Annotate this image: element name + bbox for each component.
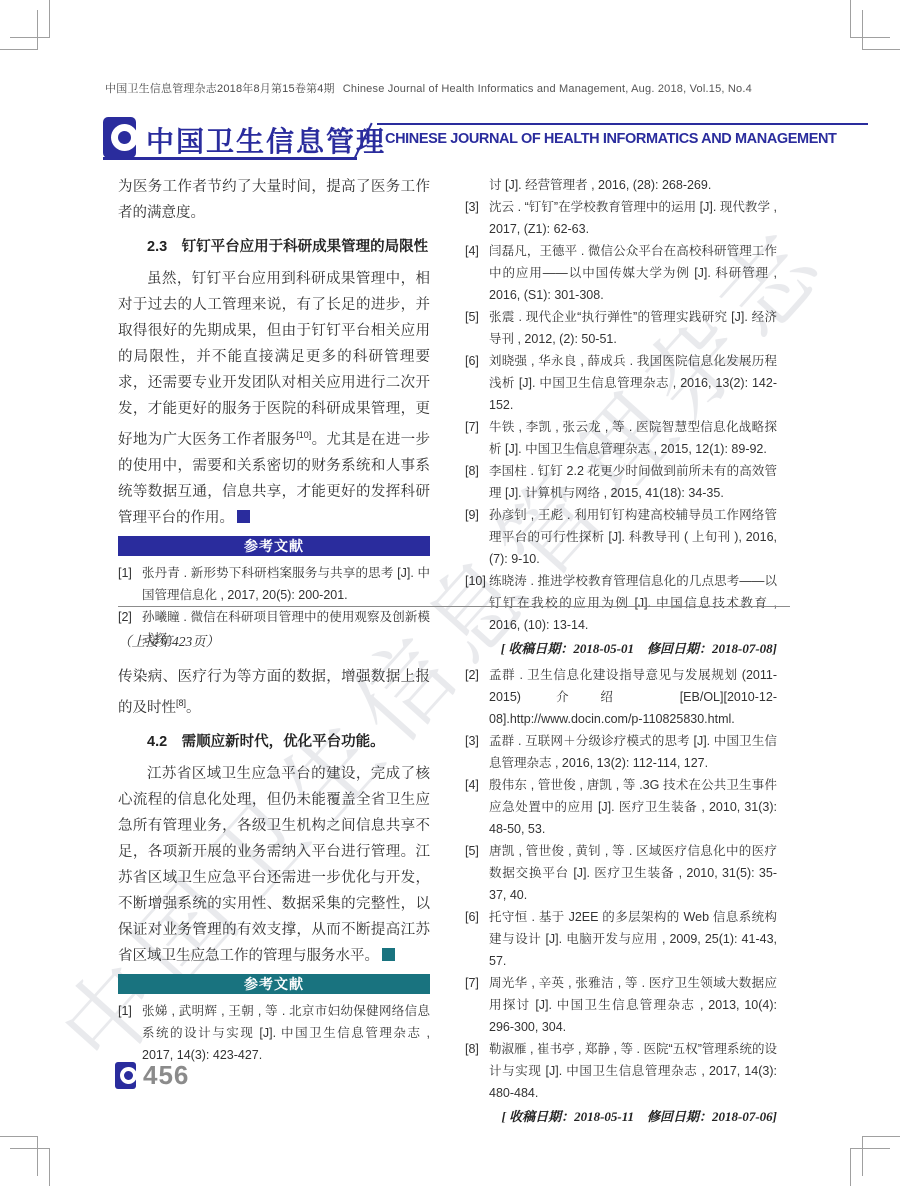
ref-text: 孟群 . 卫生信息化建设指导意见与发展规划 (2011-2015) 介绍 [EB…	[489, 664, 777, 730]
reference-item: [1]张娣 , 武明辉 , 王朝 , 等 . 北京市妇幼保健网络信息系统的设计与…	[118, 1000, 430, 1066]
ref-label: [10]	[465, 570, 489, 636]
reference-header-banner: 参考文献	[118, 536, 430, 556]
ref-label: [8]	[465, 460, 489, 504]
ref-label: [4]	[465, 240, 489, 306]
continued-note: （上接第423页）	[118, 630, 430, 650]
reference-list: [1]张娣 , 武明辉 , 王朝 , 等 . 北京市妇幼保健网络信息系统的设计与…	[118, 1000, 430, 1066]
journal-title-cn: 中国卫生信息管理	[146, 120, 386, 160]
reference-item: [8]勒淑雁 , 崔书亭 , 郑静 , 等 . 医院“五权”管理系统的设计与实现…	[465, 1038, 777, 1104]
ref-label: [7]	[465, 416, 489, 460]
running-head: 中国卫生信息管理杂志2018年8月第15卷第4期Chinese Journal …	[105, 80, 752, 96]
ref-label: [6]	[465, 906, 489, 972]
ref-label: [9]	[465, 504, 489, 570]
paragraph-text: 传染病、医疗行为等方面的数据，增强数据上报的及时性	[118, 669, 430, 716]
ref-label: [2]	[465, 664, 489, 730]
ref-text: 殷伟东 , 管世俊 , 唐凯 , 等 .3G 技术在公共卫生事件应急处置中的应用…	[489, 774, 777, 840]
reference-item: [5]唐凯 , 管世俊 , 黄钊 , 等 . 区域医疗信息化中的医疗数据交换平台…	[465, 840, 777, 906]
ref-text: 孙彦钊 , 王彪 . 利用钉钉构建高校辅导员工作网络管理平台的可行性探析 [J]…	[489, 504, 777, 570]
ref-text: 唐凯 , 管世俊 , 黄钊 , 等 . 区域医疗信息化中的医疗数据交换平台 [J…	[489, 840, 777, 906]
article-end-marker	[382, 948, 395, 961]
ref-text: 讨 [J]. 经营管理者 , 2016, (28): 268-269.	[489, 174, 777, 196]
ref-label: [4]	[465, 774, 489, 840]
ref-text: 李国柱 . 钉钉 2.2 花更少时间做到前所未有的高效管理 [J]. 计算机与网…	[489, 460, 777, 504]
section-heading-4-2: 4.2 需顺应新时代，优化平台功能。	[118, 729, 430, 755]
ref-label: [5]	[465, 306, 489, 350]
crop-mark-top-right	[850, 0, 900, 50]
ref-text: 张丹青 . 新形势下科研档案服务与共享的思考 [J]. 中国管理信息化 , 20…	[142, 562, 430, 606]
reference-item: [9]孙彦钊 , 王彪 . 利用钉钉构建高校辅导员工作网络管理平台的可行性探析 …	[465, 504, 777, 570]
ref-label: [1]	[118, 562, 142, 606]
ref-text: 刘晓强 , 华永良 , 薛成兵 . 我国医院信息化发展历程浅析 [J]. 中国卫…	[489, 350, 777, 416]
page-number: 456	[143, 1060, 189, 1091]
received-dates: [ 收稿日期：2018-05-01 修回日期：2018-07-08]	[465, 638, 777, 660]
crop-mark-bottom-right	[850, 1136, 900, 1186]
citation-superscript: [10]	[296, 430, 311, 440]
reference-list: 讨 [J]. 经营管理者 , 2016, (28): 268-269. [3]沈…	[465, 174, 777, 636]
ref-text: 牛铁 , 李凯 , 张云龙 , 等 . 医院智慧型信息化战略探析 [J]. 中国…	[489, 416, 777, 460]
section-heading-2-3: 2.3 钉钉平台应用于科研成果管理的局限性	[118, 234, 430, 260]
paragraph-text: 。	[186, 700, 201, 716]
article2-right-column: [2]孟群 . 卫生信息化建设指导意见与发展规划 (2011-2015) 介绍 …	[465, 664, 777, 1128]
reference-item: [6]刘晓强 , 华永良 , 薛成兵 . 我国医院信息化发展历程浅析 [J]. …	[465, 350, 777, 416]
paragraph: 江苏省区域卫生应急平台的建设，完成了核心流程的信息化处理，但仍未能覆盖全省卫生应…	[118, 761, 430, 969]
ref-label: [1]	[118, 1000, 142, 1066]
reference-item: [5]张震 . 现代企业“执行弹性”的管理实践研究 [J]. 经济导刊 , 20…	[465, 306, 777, 350]
reference-item: [3]沈云 . “钉钉”在学校教育管理中的运用 [J]. 现代教学 , 2017…	[465, 196, 777, 240]
reference-item: [8]李国柱 . 钉钉 2.2 花更少时间做到前所未有的高效管理 [J]. 计算…	[465, 460, 777, 504]
ref-label: [5]	[465, 840, 489, 906]
article2-left-column: （上接第423页） 传染病、医疗行为等方面的数据，增强数据上报的及时性[8]。 …	[118, 630, 430, 1066]
ref-text: 张娣 , 武明辉 , 王朝 , 等 . 北京市妇幼保健网络信息系统的设计与实现 …	[142, 1000, 430, 1066]
crop-mark-top-left	[0, 0, 50, 50]
running-head-cn: 中国卫生信息管理杂志2018年8月第15卷第4期	[105, 83, 335, 95]
ref-label: [8]	[465, 1038, 489, 1104]
ref-label: [3]	[465, 196, 489, 240]
masthead-rule	[377, 123, 868, 125]
reference-item: [4]殷伟东 , 管世俊 , 唐凯 , 等 .3G 技术在公共卫生事件应急处置中…	[465, 774, 777, 840]
paragraph-text: 虽然，钉钉平台应用到科研成果管理中，相对于过去的人工管理来说，有了长足的进步，并…	[118, 271, 430, 448]
reference-list: [2]孟群 . 卫生信息化建设指导意见与发展规划 (2011-2015) 介绍 …	[465, 664, 777, 1104]
reference-item: 讨 [J]. 经营管理者 , 2016, (28): 268-269.	[465, 174, 777, 196]
ref-label: [3]	[465, 730, 489, 774]
reference-header-banner: 参考文献	[118, 974, 430, 994]
reference-item: [7]牛铁 , 李凯 , 张云龙 , 等 . 医院智慧型信息化战略探析 [J].…	[465, 416, 777, 460]
paragraph: 传染病、医疗行为等方面的数据，增强数据上报的及时性[8]。	[118, 664, 430, 721]
reference-item: [4]闫磊凡，王德平 . 微信公众平台在高校科研管理工作中的应用——以中国传媒大…	[465, 240, 777, 306]
ref-text: 闫磊凡，王德平 . 微信公众平台在高校科研管理工作中的应用——以中国传媒大学为例…	[489, 240, 777, 306]
citation-superscript: [8]	[176, 698, 186, 708]
ref-text: 练晓涛 . 推进学校教育管理信息化的几点思考——以钉钉在我校的应用为例 [J].…	[489, 570, 777, 636]
reference-item: [10]练晓涛 . 推进学校教育管理信息化的几点思考——以钉钉在我校的应用为例 …	[465, 570, 777, 636]
journal-title-en: CHINESE JOURNAL OF HEALTH INFORMATICS AN…	[385, 131, 837, 147]
article-end-marker	[237, 510, 250, 523]
ref-text: 沈云 . “钉钉”在学校教育管理中的运用 [J]. 现代教学 , 2017, (…	[489, 196, 777, 240]
paragraph-text: 江苏省区域卫生应急平台的建设，完成了核心流程的信息化处理，但仍未能覆盖全省卫生应…	[118, 766, 430, 964]
ref-label	[465, 174, 489, 196]
journal-page: { "page": { "running_head_cn": "中国卫生信息管理…	[0, 0, 900, 1186]
ref-text: 张震 . 现代企业“执行弹性”的管理实践研究 [J]. 经济导刊 , 2012,…	[489, 306, 777, 350]
footer: 456	[115, 1060, 189, 1091]
paragraph: 虽然，钉钉平台应用到科研成果管理中，相对于过去的人工管理来说，有了长足的进步，并…	[118, 266, 430, 531]
ref-text: 孟群 . 互联网＋分级诊疗模式的思考 [J]. 中国卫生信息管理杂志 , 201…	[489, 730, 777, 774]
reference-item: [2]孟群 . 卫生信息化建设指导意见与发展规划 (2011-2015) 介绍 …	[465, 664, 777, 730]
reference-item: [6]托守恒 . 基于 J2EE 的多层架构的 Web 信息系统构建与设计 [J…	[465, 906, 777, 972]
section-divider	[118, 606, 790, 607]
crop-mark-bottom-left	[0, 1136, 50, 1186]
article1-right-column: 讨 [J]. 经营管理者 , 2016, (28): 268-269. [3]沈…	[465, 174, 777, 660]
journal-logo-icon-small	[115, 1062, 136, 1089]
reference-item: [3]孟群 . 互联网＋分级诊疗模式的思考 [J]. 中国卫生信息管理杂志 , …	[465, 730, 777, 774]
reference-item: [1]张丹青 . 新形势下科研档案服务与共享的思考 [J]. 中国管理信息化 ,…	[118, 562, 430, 606]
ref-label: [7]	[465, 972, 489, 1038]
received-dates: [ 收稿日期：2018-05-11 修回日期：2018-07-06]	[465, 1106, 777, 1128]
reference-item: [7]周光华 , 辛英 , 张雅洁 , 等 . 医疗卫生领域大数据应用探讨 [J…	[465, 972, 777, 1038]
ref-label: [6]	[465, 350, 489, 416]
ref-text: 托守恒 . 基于 J2EE 的多层架构的 Web 信息系统构建与设计 [J]. …	[489, 906, 777, 972]
ref-text: 周光华 , 辛英 , 张雅洁 , 等 . 医疗卫生领域大数据应用探讨 [J]. …	[489, 972, 777, 1038]
article1-left-column: 为医务工作者节约了大量时间，提高了医务工作者的满意度。 2.3 钉钉平台应用于科…	[118, 174, 430, 650]
journal-logo-icon	[103, 117, 136, 158]
masthead-underline	[103, 157, 357, 160]
paragraph: 为医务工作者节约了大量时间，提高了医务工作者的满意度。	[118, 174, 430, 226]
running-head-en: Chinese Journal of Health Informatics an…	[343, 83, 752, 95]
ref-text: 勒淑雁 , 崔书亭 , 郑静 , 等 . 医院“五权”管理系统的设计与实现 [J…	[489, 1038, 777, 1104]
